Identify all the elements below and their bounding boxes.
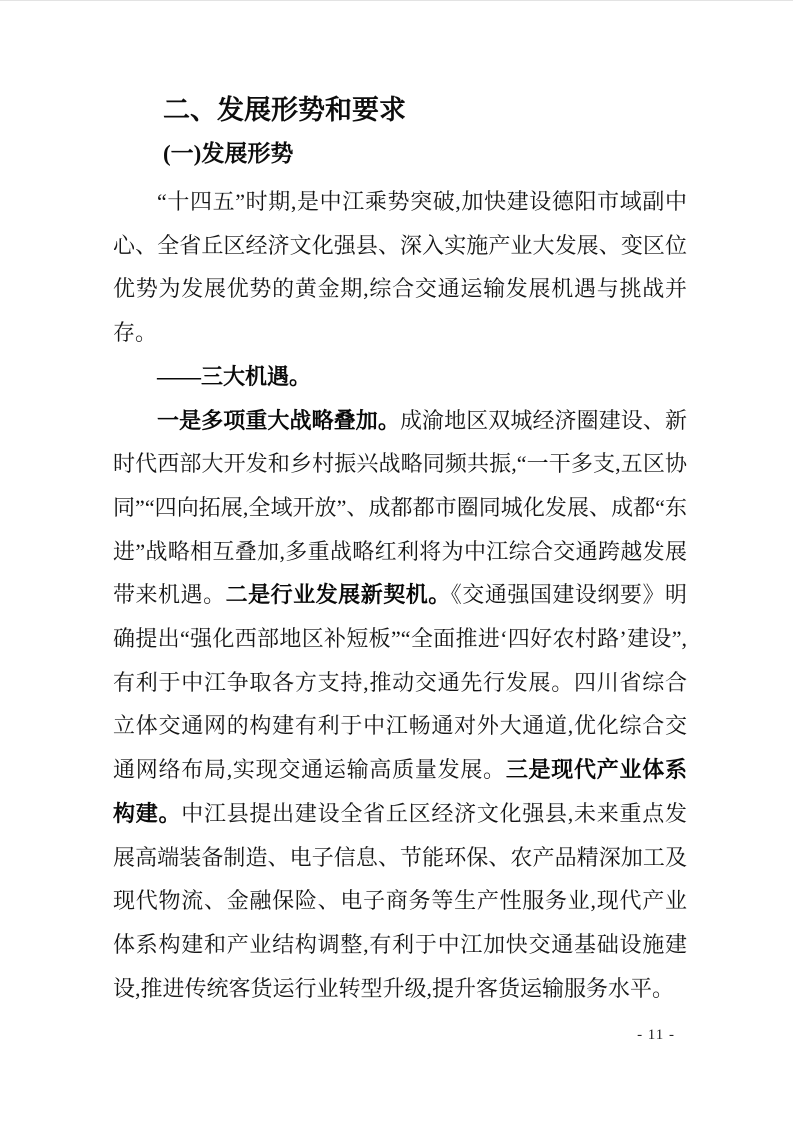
text-run: 《交通强国建设纲要》明确提出“强化西部地区补短板”“全面推进‘四好农村路’建设”…: [113, 582, 687, 782]
section-title: 二、发展形势和要求: [163, 93, 687, 127]
document-body: “十四五”时期,是中江乘势突破,加快建设德阳市域副中心、全省丘区经济文化强县、深…: [113, 180, 687, 1010]
subsection-title: (一)发展形势: [163, 139, 687, 169]
document-page: 二、发展形势和要求 (一)发展形势 “十四五”时期,是中江乘势突破,加快建设德阳…: [0, 0, 793, 1122]
emphasis-run: 一是多项重大战略叠加。: [157, 408, 400, 433]
paragraph: “十四五”时期,是中江乘势突破,加快建设德阳市域副中心、全省丘区经济文化强县、深…: [113, 180, 687, 355]
text-run: “十四五”时期,是中江乘势突破,加快建设德阳市域副中心、全省丘区经济文化强县、深…: [113, 189, 687, 345]
text-run: 成渝地区双城经济圈建设、新时代西部大开发和乡村振兴战略同频共振,“一干多支,五区…: [113, 408, 687, 608]
page-number: - 11 -: [637, 1027, 675, 1044]
text-run: 中江县提出建设全省丘区经济文化强县,未来重点发展高端装备制造、电子信息、节能环保…: [113, 801, 687, 1001]
emphasis-run: ——三大机遇。: [157, 364, 311, 389]
paragraph: ——三大机遇。: [113, 355, 687, 399]
paragraph: 一是多项重大战略叠加。成渝地区双城经济圈建设、新时代西部大开发和乡村振兴战略同频…: [113, 399, 687, 1011]
emphasis-run: 二是行业发展新契机。: [226, 582, 451, 607]
